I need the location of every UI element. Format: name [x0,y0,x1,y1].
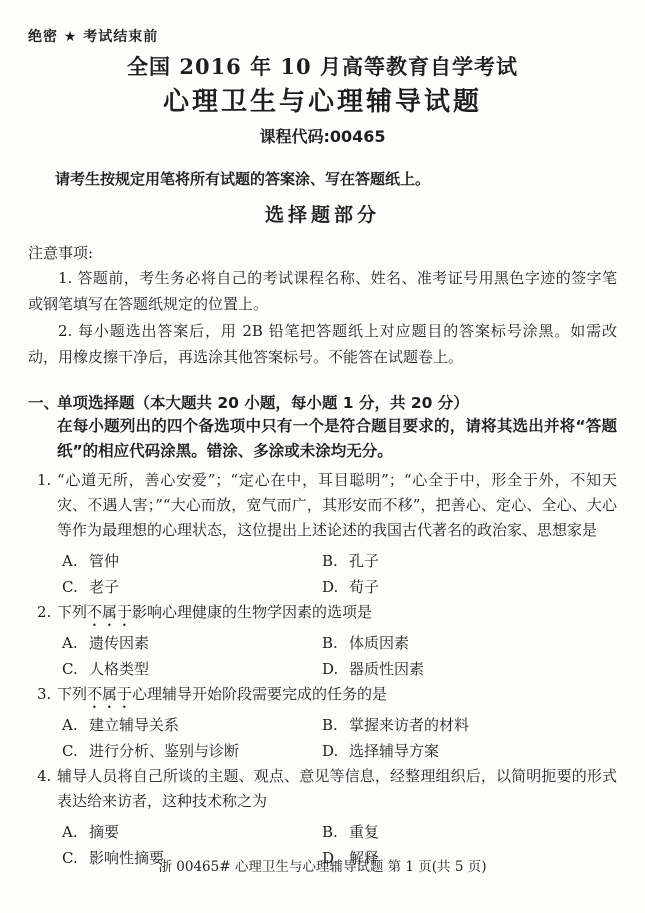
part-one-heading: 一、 单项选择题（本大题共 20 小题，每小题 1 分，共 20 分） [28,392,617,414]
question-stem: “心道无所，善心安爱”；“定心在中，耳目聪明”；“心全于中，形全于外，不知天灾、… [57,468,617,548]
option-label: C. [62,574,89,600]
question-4: 4. 辅导人员将自己所谈的主题、观点、意见等信息，经整理组织后，以简明扼要的形式… [28,764,617,819]
question-3: 3. 下列不属于心理辅导开始阶段需要完成的任务的是 [28,682,617,712]
option-label: B. [322,712,349,738]
question-2: 2. 下列不属于影响心理健康的生物学因素的选项是 [28,600,617,630]
part-one-heading-text: 单项选择题（本大题共 20 小题，每小题 1 分，共 20 分） [57,392,469,414]
option-text: 摘要 [89,823,119,841]
section-title: 选择题部分 [28,202,617,229]
question-number: 4. [37,764,57,819]
emphasized-text: 不属于 [87,603,132,621]
option-text: 掌握来访者的材料 [349,716,469,734]
option-label: C. [62,738,89,764]
option-text: 重复 [349,823,379,841]
option-label: A. [62,819,89,845]
option-a: A.遗传因素 [62,630,322,656]
exam-title: 心理卫生与心理辅导试题 [28,84,617,120]
option-label: B. [322,548,349,574]
stem-text: 心理辅导开始阶段需要完成的任务的是 [132,685,387,703]
option-text: 进行分析、鉴别与诊断 [89,742,239,760]
option-b: B.掌握来访者的材料 [322,712,617,738]
part-one-label: 一、 [28,392,57,414]
stem-text: “心道无所，善心安爱”；“定心在中，耳目聪明”；“心全于中，形全于外，不知天灾、… [57,471,617,539]
question-list: 1. “心道无所，善心安爱”；“定心在中，耳目聪明”；“心全于中，形全于外，不知… [28,468,617,871]
option-d: D.选择辅导方案 [322,738,617,764]
option-text: 遗传因素 [89,634,149,652]
stem-text: 下列 [57,685,87,703]
option-text: 建立辅导关系 [89,716,179,734]
option-label: A. [62,548,89,574]
option-label: B. [322,819,349,845]
option-c: C.人格类型 [62,656,322,682]
option-text: 荀子 [349,578,379,596]
option-d: D.器质性因素 [322,656,617,682]
option-d: D.荀子 [322,574,617,600]
stem-text: 辅导人员将自己所谈的主题、观点、意见等信息，经整理组织后，以简明扼要的形式表达给… [57,767,617,810]
question-number: 3. [37,682,57,712]
option-label: D. [322,738,349,764]
page-footer: 浙 00465# 心理卫生与心理辅导试题 第 1 页(共 5 页) [0,858,645,876]
exam-paper-page: 绝密 ★ 考试结束前 全国 2016 年 10 月高等教育自学考试 心理卫生与心… [0,0,645,913]
stem-text: 下列 [57,603,87,621]
notes-title: 注意事项: [28,243,617,264]
option-label: C. [62,656,89,682]
option-text: 孔子 [349,552,379,570]
question-2-options: A.遗传因素 B.体质因素 C.人格类型 D.器质性因素 [62,630,617,682]
part-one-instruction: 在每小题列出的四个备选项中只有一个是符合题目要求的，请将其选出并将“答题纸”的相… [57,414,617,464]
option-a: A.建立辅导关系 [62,712,322,738]
option-b: B.重复 [322,819,617,845]
option-text: 选择辅导方案 [349,742,439,760]
exam-session-title: 全国 2016 年 10 月高等教育自学考试 [28,54,617,80]
option-text: 体质因素 [349,634,409,652]
option-label: A. [62,630,89,656]
question-3-options: A.建立辅导关系 B.掌握来访者的材料 C.进行分析、鉴别与诊断 D.选择辅导方… [62,712,617,764]
option-b: B.体质因素 [322,630,617,656]
question-number: 2. [37,600,57,630]
course-code: 课程代码:00465 [28,126,617,147]
stem-text: 影响心理健康的生物学因素的选项是 [132,603,372,621]
question-1-options: A.管仲 B.孔子 C.老子 D.荀子 [62,548,617,600]
option-text: 人格类型 [89,660,149,678]
emphasized-text: 不属于 [87,685,132,703]
question-number: 1. [37,468,57,548]
option-c: C.进行分析、鉴别与诊断 [62,738,322,764]
question-1: 1. “心道无所，善心安爱”；“定心在中，耳目聪明”；“心全于中，形全于外，不知… [28,468,617,548]
note-item-1: 1. 答题前，考生务必将自己的考试课程名称、姓名、准考证号用黑色字迹的签字笔或钢… [28,266,617,317]
option-text: 器质性因素 [349,660,424,678]
question-stem: 下列不属于影响心理健康的生物学因素的选项是 [57,600,617,630]
option-a: A.管仲 [62,548,322,574]
option-label: B. [322,630,349,656]
option-text: 管仲 [89,552,119,570]
secrecy-banner: 绝密 ★ 考试结束前 [28,28,617,46]
option-label: A. [62,712,89,738]
question-stem: 辅导人员将自己所谈的主题、观点、意见等信息，经整理组织后，以简明扼要的形式表达给… [57,764,617,819]
option-label: D. [322,574,349,600]
option-c: C.老子 [62,574,322,600]
answer-sheet-instruction: 请考生按规定用笔将所有试题的答案涂、写在答题纸上。 [55,169,617,190]
note-item-2: 2. 每小题选出答案后，用 2B 铅笔把答题纸上对应题目的答案标号涂黑。如需改动… [28,319,617,370]
question-stem: 下列不属于心理辅导开始阶段需要完成的任务的是 [57,682,617,712]
option-b: B.孔子 [322,548,617,574]
option-label: D. [322,656,349,682]
option-a: A.摘要 [62,819,322,845]
option-text: 老子 [89,578,119,596]
